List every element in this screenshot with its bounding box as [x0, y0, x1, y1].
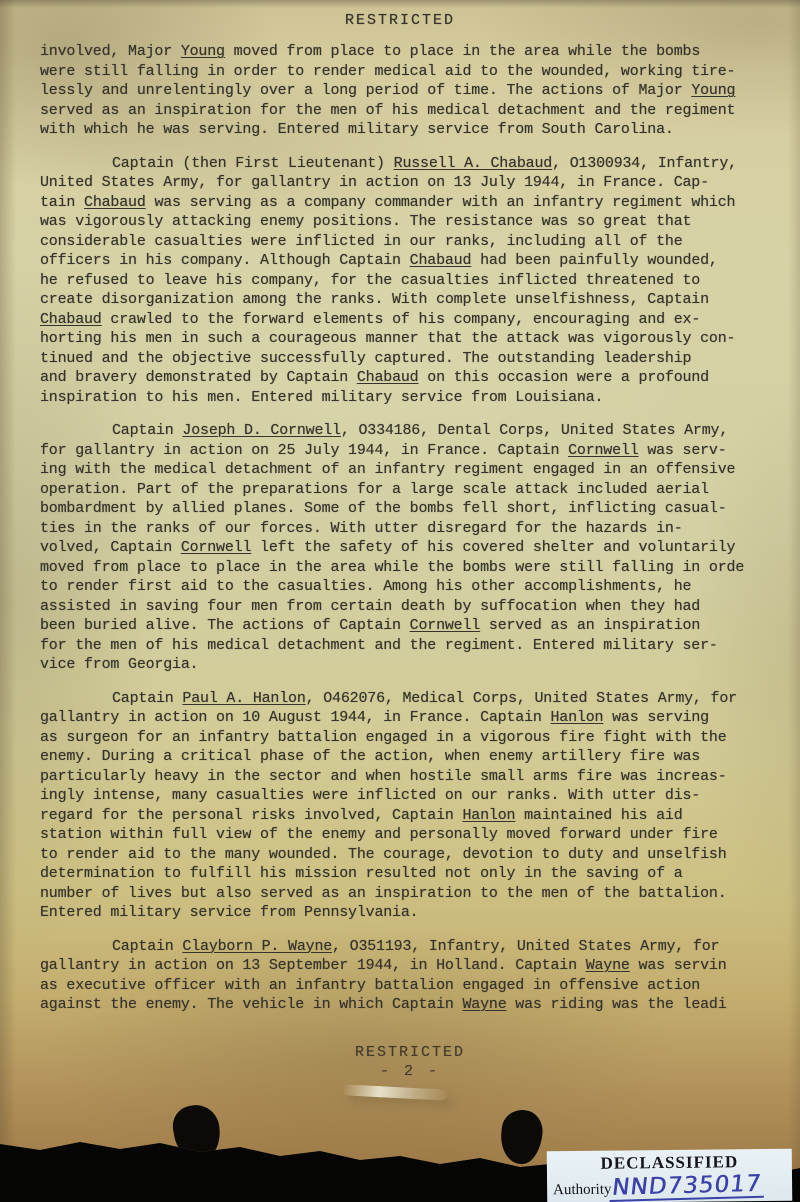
- underlined-name: Wayne: [462, 996, 506, 1013]
- underlined-name: Chabaud: [40, 311, 102, 328]
- underlined-name: Young: [181, 43, 225, 60]
- underlined-name: Chabaud: [84, 194, 146, 211]
- punch-hole-right: [498, 1108, 544, 1166]
- underlined-name: Cornwell: [410, 617, 480, 634]
- punch-hole-left: [170, 1101, 225, 1163]
- authority-label: Authority: [553, 1179, 612, 1202]
- underlined-name: Cornwell: [568, 442, 638, 459]
- classification-footer: RESTRICTED: [10, 1044, 800, 1061]
- paragraph: Captain Joseph D. Cornwell, O334186, Den…: [40, 421, 792, 675]
- declassified-stamp: DECLASSIFIED Authority NND735017: [547, 1149, 793, 1202]
- underlined-name: Young: [691, 82, 735, 99]
- classification-header: RESTRICTED: [0, 12, 800, 29]
- declassified-stamp-authority-row: Authority NND735017: [553, 1173, 792, 1202]
- underlined-name: Hanlon: [551, 709, 604, 726]
- underlined-name: Chabaud: [410, 252, 472, 269]
- underlined-name: Clayborn P. Wayne: [182, 938, 332, 955]
- paper-scratch-mark: [343, 1084, 447, 1100]
- page-footer: RESTRICTED - 2 -: [10, 1044, 800, 1080]
- paper-sheet: RESTRICTED involved, Major Young moved f…: [0, 0, 800, 1202]
- paragraph: Captain Clayborn P. Wayne, O351193, Infa…: [40, 937, 792, 1015]
- paragraph: Captain Paul A. Hanlon, O462076, Medical…: [40, 689, 792, 923]
- underlined-name: Paul A. Hanlon: [182, 690, 305, 707]
- page-number: - 2 -: [10, 1063, 800, 1080]
- underlined-name: Hanlon: [462, 807, 515, 824]
- underlined-name: Wayne: [586, 957, 630, 974]
- underlined-name: Joseph D. Cornwell: [182, 422, 340, 439]
- underlined-name: Cornwell: [181, 539, 251, 556]
- underlined-name: Russell A. Chabaud: [394, 155, 552, 172]
- underlined-name: Chabaud: [357, 369, 419, 386]
- paragraph: Captain (then First Lieutenant) Russell …: [40, 154, 792, 408]
- document-body: involved, Major Young moved from place t…: [40, 42, 792, 1029]
- paragraph: involved, Major Young moved from place t…: [40, 42, 792, 140]
- authority-handwritten-number: NND735017: [610, 1172, 767, 1202]
- scanned-document-page: RESTRICTED involved, Major Young moved f…: [0, 0, 800, 1202]
